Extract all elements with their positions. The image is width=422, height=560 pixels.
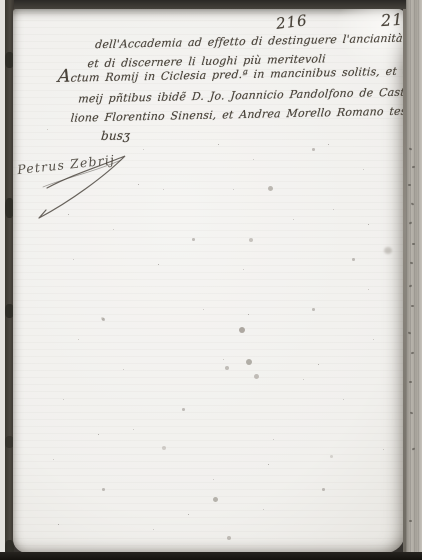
foxing-spot [225,366,229,370]
manuscript-page: 216 217 dell'Accademia ad effetto di des… [13,9,405,553]
foxing-spot [268,186,273,191]
foxing-spot [330,455,333,458]
fore-edge-ink-mark [409,285,413,288]
fore-edge-ink-mark [409,520,412,522]
fore-edge-ink-mark [410,412,413,415]
manuscript-line: meij pñtibus ibidẽ D. Jo. Joannicio Pand… [78,85,419,105]
foxing-spot [227,536,231,540]
foxing-spot [384,247,392,254]
fore-edge-ink-mark [408,184,411,186]
fore-edge-ink-mark [411,352,414,354]
signature-flourish [13,144,173,244]
manuscript-line: dell'Accademia ad effetto di destinguere… [95,32,404,51]
scan-bottom-edge [0,552,422,560]
manuscript-line: lione Florentino Sinensi, et Andrea More… [70,104,422,124]
fore-edge-ink-mark [411,202,415,205]
fore-edge-ink-mark [408,331,412,334]
fore-edge-ink-mark [409,221,413,224]
scanned-manuscript-view: 216 217 dell'Accademia ad effetto di des… [0,0,422,560]
foxing-spot [239,327,245,333]
fore-edge-ink-mark [412,243,415,245]
fore-edge-ink-mark [412,166,415,169]
foxing-spot [101,317,104,320]
foxing-spot [249,238,253,242]
foxing-spot [213,497,218,502]
foxing-spot [254,374,259,379]
fore-edge-ink-mark [409,148,413,151]
foxing-spot [246,359,252,365]
foxing-spot [162,446,166,450]
fore-edge-ink-mark [412,448,416,451]
fore-edge-ink-mark [409,381,412,383]
fore-edge-ink-mark [411,305,414,307]
fore-edge-ink-mark [410,262,413,265]
book-fore-edge [406,0,422,560]
manuscript-line: busʒ [100,128,130,143]
